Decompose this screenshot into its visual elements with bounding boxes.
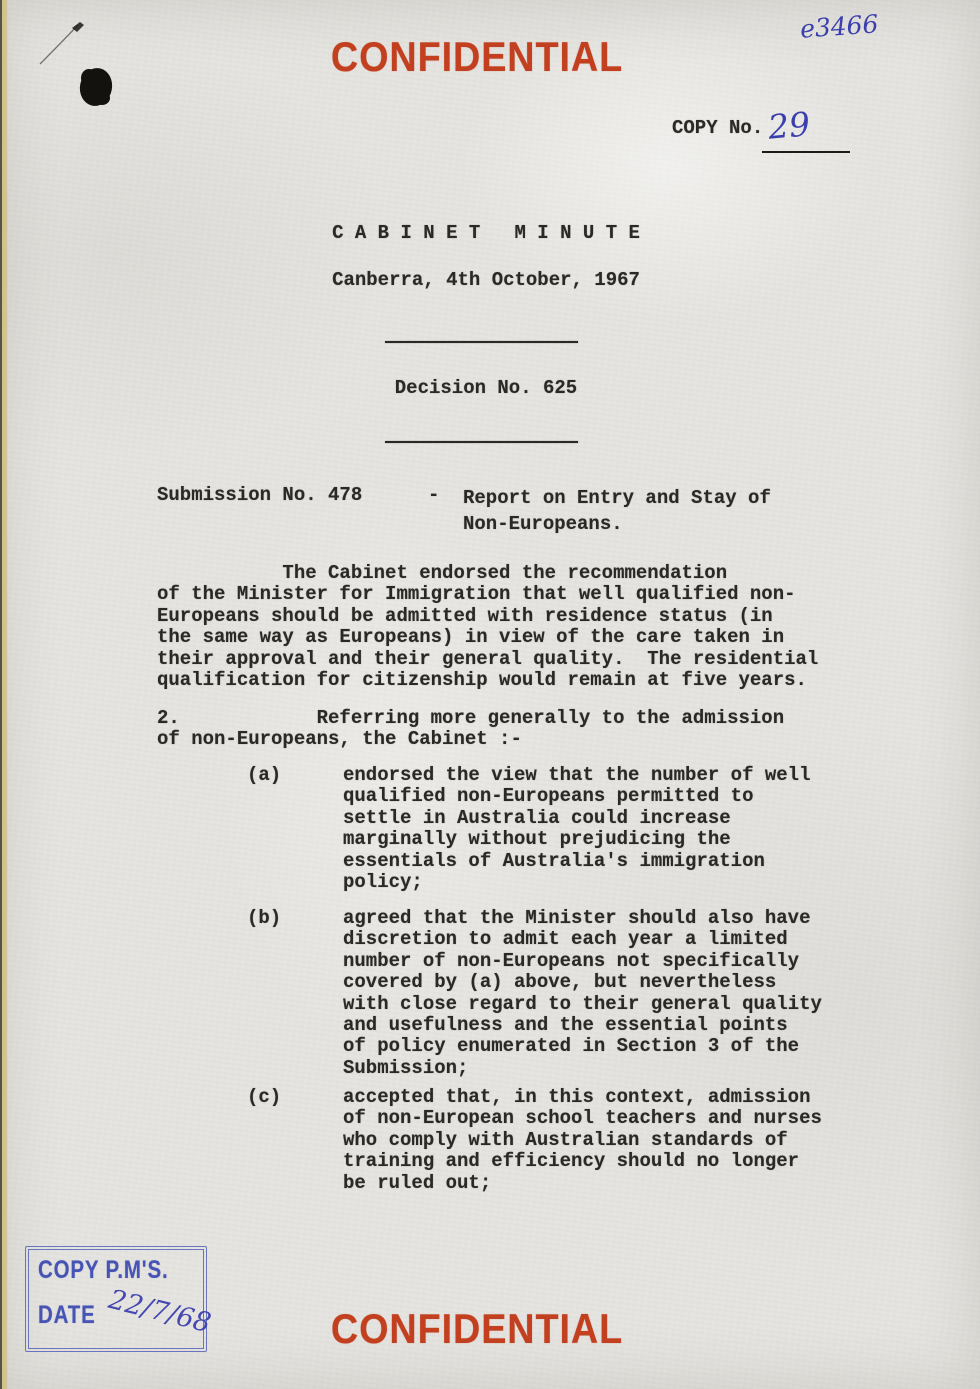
submission-dash: - bbox=[428, 485, 439, 506]
decision-number: Decision No. 625 bbox=[0, 378, 972, 399]
copy-number-handwritten: 29 bbox=[766, 104, 811, 147]
item-b-label: (b) bbox=[247, 908, 281, 929]
scan-edge bbox=[0, 0, 8, 1389]
item-b-text: agreed that the Minister should also hav… bbox=[343, 908, 822, 1079]
paragraph-1: The Cabinet endorsed the recommendation … bbox=[157, 563, 818, 691]
item-a-text: endorsed the view that the number of wel… bbox=[343, 765, 810, 893]
copy-number-label: COPY No. bbox=[672, 118, 763, 139]
submission-number: Submission No. 478 bbox=[157, 485, 362, 506]
registry-annotation-handwritten: e3466 bbox=[799, 9, 879, 43]
document-page: CONFIDENTIAL e3466 COPY No. 29 C A B I N… bbox=[0, 0, 980, 1389]
submission-subject: Report on Entry and Stay of Non-European… bbox=[463, 485, 771, 537]
place-date-line: Canberra, 4th October, 1967 bbox=[0, 270, 972, 291]
document-title: C A B I N E T M I N U T E bbox=[0, 223, 972, 244]
stamp-copy-line: COPY P.M'S. bbox=[38, 1258, 168, 1283]
item-c-text: accepted that, in this context, admissio… bbox=[343, 1087, 822, 1194]
copy-number-underline bbox=[762, 151, 850, 153]
item-a-label: (a) bbox=[247, 765, 281, 786]
classification-banner-bottom: CONFIDENTIAL bbox=[48, 1308, 907, 1350]
classification-banner-top: CONFIDENTIAL bbox=[48, 36, 907, 78]
paragraph-2: 2. Referring more generally to the admis… bbox=[157, 708, 784, 751]
divider-rule-top bbox=[385, 341, 578, 343]
item-c-label: (c) bbox=[247, 1087, 281, 1108]
divider-rule-bottom bbox=[385, 441, 578, 443]
